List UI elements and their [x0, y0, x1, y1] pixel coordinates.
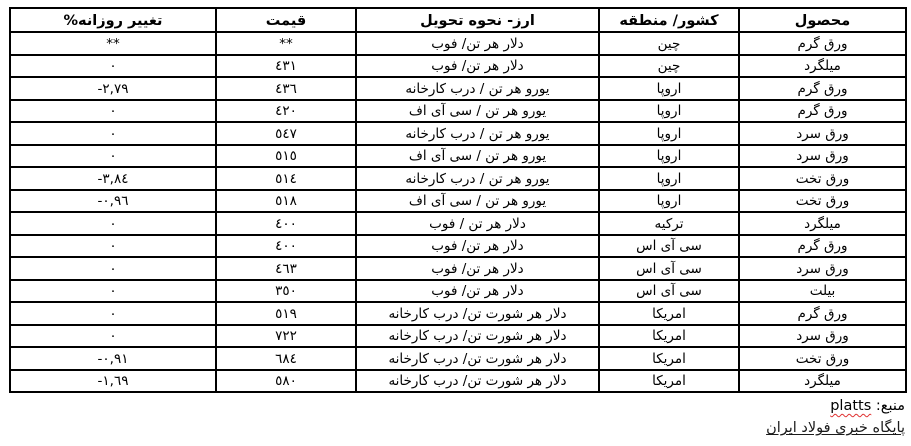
cell-region: امریکا [599, 325, 739, 348]
region-value: اروپا [657, 126, 682, 142]
cell-currency: دلار هر شورت تن/ درب کارخانه [356, 347, 599, 370]
cell-currency: دلار هر تن/ فوب [356, 235, 599, 258]
currency-value: دلار هر تن/ فوب [431, 238, 523, 254]
source-value: platts [830, 398, 871, 414]
change-value: ٠ [109, 216, 116, 232]
region-value: چین [658, 58, 681, 74]
cell-price: ٧٢٢ [216, 325, 356, 348]
cell-currency: یورو هر تن / درب کارخانه [356, 167, 599, 190]
header-region: کشور/ منطقه [599, 8, 739, 32]
region-value: سی آی اس [636, 238, 702, 254]
region-value: اروپا [657, 148, 682, 164]
price-value: ٥١٨ [275, 193, 297, 209]
currency-value: دلار هر تن/ فوب [431, 36, 523, 52]
change-value: ٠ [109, 306, 116, 322]
region-value: امریکا [652, 328, 686, 344]
change-value: ٠ [109, 103, 116, 119]
cell-currency: دلار هر شورت تن/ درب کارخانه [356, 302, 599, 325]
cell-price: ٤٣٦ [216, 77, 356, 100]
cell-price: ٤٢٠ [216, 100, 356, 123]
cell-change: -١,٦٩ [10, 370, 216, 393]
cell-price: ٤٣١ [216, 55, 356, 78]
price-value: ** [279, 36, 293, 52]
table-row: ورق گرمامریکادلار هر شورت تن/ درب کارخان… [10, 302, 906, 325]
cell-currency: یورو هر تن / سی آی اف [356, 190, 599, 213]
price-value: ٤٢٠ [275, 103, 297, 119]
cell-price: ٤٠٠ [216, 212, 356, 235]
table-header-row: محصول کشور/ منطقه ارز- نحوه تحویل قیمت ت… [10, 8, 906, 32]
cell-currency: دلار هر تن/ فوب [356, 280, 599, 303]
cell-product: ورق سرد [739, 325, 906, 348]
cell-product: بیلت [739, 280, 906, 303]
cell-currency: دلار هر تن/ فوب [356, 257, 599, 280]
cell-product: ورق سرد [739, 257, 906, 280]
price-value: ٤٠٠ [275, 238, 297, 254]
change-value: ٠ [109, 148, 116, 164]
cell-product: ورق گرم [739, 77, 906, 100]
cell-region: اروپا [599, 145, 739, 168]
cell-product: ورق تخت [739, 347, 906, 370]
cell-price: ٥٨٠ [216, 370, 356, 393]
price-value: ٥١٩ [275, 306, 297, 322]
cell-currency: یورو هر تن / درب کارخانه [356, 122, 599, 145]
cell-region: اروپا [599, 77, 739, 100]
product-value: ورق تخت [796, 351, 850, 367]
cell-region: ترکیه [599, 212, 739, 235]
product-value: ورق سرد [796, 126, 849, 142]
cell-region: اروپا [599, 190, 739, 213]
price-table-body: ورق گرمچیندلار هر تن/ فوب****میلگردچیندل… [10, 32, 906, 392]
currency-value: دلار هر تن/ فوب [431, 58, 523, 74]
change-value: ٠ [109, 283, 116, 299]
cell-change: ٠ [10, 302, 216, 325]
change-value: -٢,٧٩ [98, 81, 129, 97]
cell-product: ورق تخت [739, 167, 906, 190]
product-value: ورق گرم [797, 81, 847, 97]
product-value: ورق سرد [796, 148, 849, 164]
cell-currency: یورو هر تن / درب کارخانه [356, 77, 599, 100]
cell-change: ٠ [10, 145, 216, 168]
table-row: میلگردترکیهدلار هر تن / فوب٤٠٠٠ [10, 212, 906, 235]
cell-change: -٠,٩١ [10, 347, 216, 370]
cell-region: سی آی اس [599, 257, 739, 280]
cell-product: ورق گرم [739, 32, 906, 55]
header-product: محصول [739, 8, 906, 32]
cell-price: ٥١٨ [216, 190, 356, 213]
price-value: ٥١٥ [275, 148, 297, 164]
cell-price: ٥١٤ [216, 167, 356, 190]
table-row: ورق گرماروپایورو هر تن / سی آی اف٤٢٠٠ [10, 100, 906, 123]
site-link[interactable]: پایگاه خبری فولاد ایران [766, 420, 905, 436]
change-value: ٠ [109, 126, 116, 142]
cell-product: ورق گرم [739, 100, 906, 123]
table-row: ورق تختاروپایورو هر تن / سی آی اف٥١٨-٠,٩… [10, 190, 906, 213]
region-value: ترکیه [655, 216, 684, 232]
header-currency: ارز- نحوه تحویل [356, 8, 599, 32]
cell-product: ورق سرد [739, 122, 906, 145]
region-value: امریکا [652, 373, 686, 389]
currency-value: دلار هر شورت تن/ درب کارخانه [388, 351, 566, 367]
change-value: ** [106, 36, 120, 52]
currency-value: دلار هر تن/ فوب [431, 283, 523, 299]
cell-change: ٠ [10, 235, 216, 258]
product-value: بیلت [810, 283, 836, 299]
product-value: ورق گرم [797, 36, 847, 52]
product-value: ورق گرم [797, 306, 847, 322]
cell-region: چین [599, 32, 739, 55]
product-value: ورق سرد [796, 261, 849, 277]
price-value: ٧٢٢ [275, 328, 297, 344]
product-value: ورق گرم [797, 238, 847, 254]
cell-price: ٥٤٧ [216, 122, 356, 145]
cell-change: ٠ [10, 325, 216, 348]
cell-change: ٠ [10, 100, 216, 123]
cell-currency: دلار هر شورت تن/ درب کارخانه [356, 370, 599, 393]
cell-region: سی آی اس [599, 235, 739, 258]
cell-price: ٣٥٠ [216, 280, 356, 303]
cell-currency: یورو هر تن / سی آی اف [356, 145, 599, 168]
table-row: ورق تختاروپایورو هر تن / درب کارخانه٥١٤-… [10, 167, 906, 190]
price-value: ٦٨٤ [275, 351, 297, 367]
cell-currency: دلار هر تن/ فوب [356, 32, 599, 55]
change-value: ٠ [109, 58, 116, 74]
cell-change: -٢,٧٩ [10, 77, 216, 100]
currency-value: یورو هر تن / سی آی اف [409, 148, 546, 164]
currency-value: دلار هر تن/ فوب [431, 261, 523, 277]
table-row: میلگردامریکادلار هر شورت تن/ درب کارخانه… [10, 370, 906, 393]
cell-change: ** [10, 32, 216, 55]
cell-price: ** [216, 32, 356, 55]
change-value: ٠ [109, 328, 116, 344]
cell-change: ٠ [10, 212, 216, 235]
header-price: قیمت [216, 8, 356, 32]
price-value: ٣٥٠ [275, 283, 297, 299]
product-value: ورق تخت [796, 193, 850, 209]
currency-value: دلار هر شورت تن/ درب کارخانه [388, 373, 566, 389]
cell-price: ٤٠٠ [216, 235, 356, 258]
cell-product: ورق تخت [739, 190, 906, 213]
change-value: -٣,٨٤ [98, 171, 129, 187]
cell-change: -٣,٨٤ [10, 167, 216, 190]
cell-currency: یورو هر تن / سی آی اف [356, 100, 599, 123]
change-value: ٠ [109, 238, 116, 254]
cell-region: امریکا [599, 370, 739, 393]
region-value: سی آی اس [636, 283, 702, 299]
table-row: ورق گرماروپایورو هر تن / درب کارخانه٤٣٦-… [10, 77, 906, 100]
source-label: منبع: [876, 398, 905, 414]
table-row: ورق تختامریکادلار هر شورت تن/ درب کارخان… [10, 347, 906, 370]
price-value: ٥١٤ [275, 171, 297, 187]
currency-value: دلار هر تن / فوب [429, 216, 526, 232]
cell-product: میلگرد [739, 370, 906, 393]
currency-value: یورو هر تن / سی آی اف [409, 193, 546, 209]
cell-product: میلگرد [739, 55, 906, 78]
product-value: ورق گرم [797, 103, 847, 119]
currency-value: دلار هر شورت تن/ درب کارخانه [388, 306, 566, 322]
currency-value: یورو هر تن / سی آی اف [409, 103, 546, 119]
header-change: تغییر روزانه% [10, 8, 216, 32]
cell-price: ٤٦٣ [216, 257, 356, 280]
cell-change: ٠ [10, 280, 216, 303]
region-value: امریکا [652, 306, 686, 322]
price-value: ٥٨٠ [275, 373, 297, 389]
cell-price: ٥١٩ [216, 302, 356, 325]
price-value: ٤٣٦ [275, 81, 297, 97]
cell-price: ٥١٥ [216, 145, 356, 168]
change-value: ٠ [109, 261, 116, 277]
price-value: ٥٤٧ [275, 126, 297, 142]
table-row: ورق گرمسی آی اسدلار هر تن/ فوب٤٠٠٠ [10, 235, 906, 258]
table-row: میلگردچیندلار هر تن/ فوب٤٣١٠ [10, 55, 906, 78]
steel-prices-table: محصول کشور/ منطقه ارز- نحوه تحویل قیمت ت… [9, 7, 907, 393]
cell-currency: دلار هر شورت تن/ درب کارخانه [356, 325, 599, 348]
product-value: میلگرد [804, 216, 841, 232]
site-link-line: پایگاه خبری فولاد ایران [9, 417, 905, 439]
change-value: -١,٦٩ [98, 373, 129, 389]
footer: منبع: platts پایگاه خبری فولاد ایران [9, 395, 905, 439]
table-row: ورق سردسی آی اسدلار هر تن/ فوب٤٦٣٠ [10, 257, 906, 280]
region-value: اروپا [657, 103, 682, 119]
currency-value: یورو هر تن / درب کارخانه [405, 171, 549, 187]
cell-region: اروپا [599, 100, 739, 123]
cell-region: اروپا [599, 167, 739, 190]
region-value: امریکا [652, 351, 686, 367]
product-value: ورق سرد [796, 328, 849, 344]
region-value: چین [658, 36, 681, 52]
source-line: منبع: platts [9, 395, 905, 417]
change-value: -٠,٩٦ [98, 193, 129, 209]
cell-region: چین [599, 55, 739, 78]
cell-region: اروپا [599, 122, 739, 145]
cell-region: امریکا [599, 347, 739, 370]
currency-value: یورو هر تن / درب کارخانه [405, 126, 549, 142]
cell-product: ورق سرد [739, 145, 906, 168]
region-value: اروپا [657, 81, 682, 97]
price-value: ٤٠٠ [275, 216, 297, 232]
cell-change: ٠ [10, 122, 216, 145]
table-row: ورق گرمچیندلار هر تن/ فوب**** [10, 32, 906, 55]
cell-price: ٦٨٤ [216, 347, 356, 370]
table-row: ورق سردامریکادلار هر شورت تن/ درب کارخان… [10, 325, 906, 348]
currency-value: دلار هر شورت تن/ درب کارخانه [388, 328, 566, 344]
table-row: ورق سرداروپایورو هر تن / درب کارخانه٥٤٧٠ [10, 122, 906, 145]
cell-change: -٠,٩٦ [10, 190, 216, 213]
cell-product: ورق گرم [739, 302, 906, 325]
change-value: -٠,٩١ [98, 351, 129, 367]
table-row: ورق سرداروپایورو هر تن / سی آی اف٥١٥٠ [10, 145, 906, 168]
cell-currency: دلار هر تن/ فوب [356, 55, 599, 78]
cell-product: ورق گرم [739, 235, 906, 258]
currency-value: یورو هر تن / درب کارخانه [405, 81, 549, 97]
price-value: ٤٦٣ [275, 261, 297, 277]
product-value: میلگرد [804, 58, 841, 74]
region-value: اروپا [657, 171, 682, 187]
product-value: میلگرد [804, 373, 841, 389]
cell-currency: دلار هر تن / فوب [356, 212, 599, 235]
cell-product: میلگرد [739, 212, 906, 235]
cell-region: سی آی اس [599, 280, 739, 303]
product-value: ورق تخت [796, 171, 850, 187]
region-value: اروپا [657, 193, 682, 209]
table-row: بیلتسی آی اسدلار هر تن/ فوب٣٥٠٠ [10, 280, 906, 303]
page: محصول کشور/ منطقه ارز- نحوه تحویل قیمت ت… [0, 0, 911, 446]
cell-region: امریکا [599, 302, 739, 325]
price-value: ٤٣١ [275, 58, 297, 74]
cell-change: ٠ [10, 55, 216, 78]
region-value: سی آی اس [636, 261, 702, 277]
cell-change: ٠ [10, 257, 216, 280]
